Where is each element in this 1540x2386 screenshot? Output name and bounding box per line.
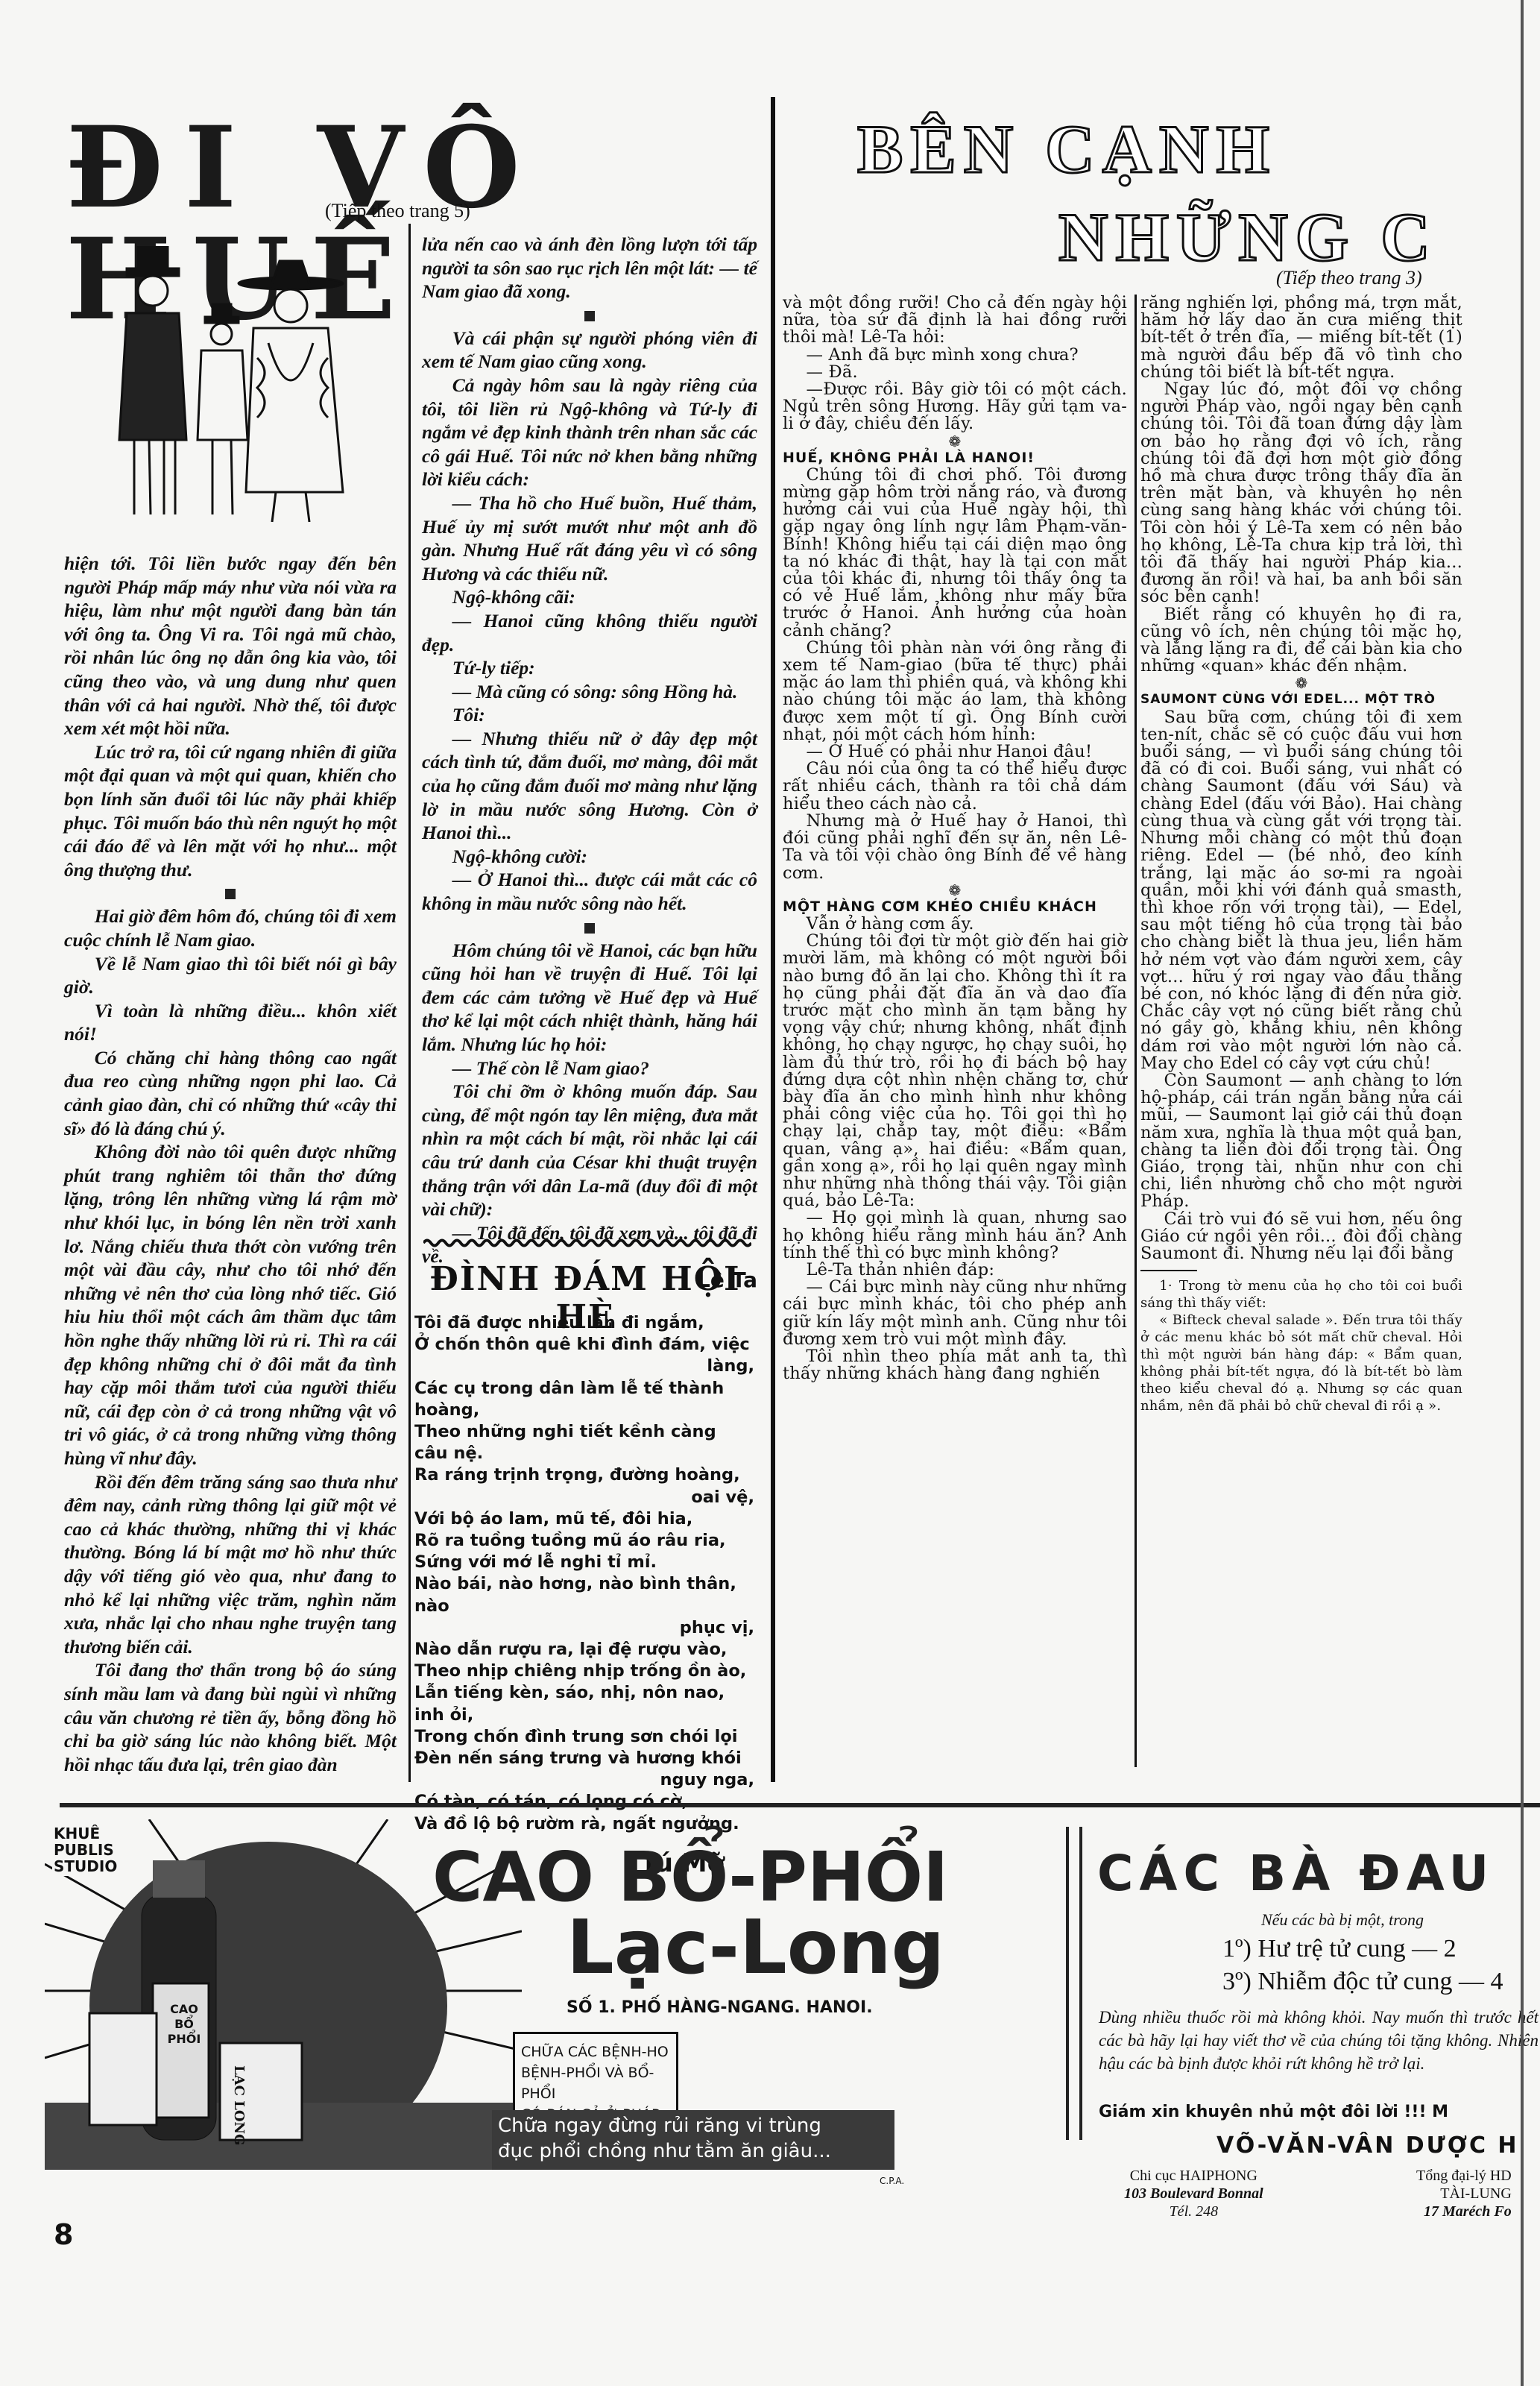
paragraph: Cái trò vui đó sẽ vui hơn, nếu ông Giáo …: [1140, 1211, 1462, 1263]
continued-note: (Tiếp theo trang 3): [1276, 267, 1422, 289]
paragraph: Rồi đến đêm trăng sáng sao thưa như đêm …: [64, 1470, 397, 1659]
paragraph: Tôi:: [422, 703, 757, 727]
paragraph: Và cái phận sự người phóng viên đi xem t…: [422, 327, 757, 374]
paragraph: Lúc trở ra, tôi cứ ngang nhiên đi giữa m…: [64, 740, 397, 882]
poem-line: oai vệ,: [414, 1487, 754, 1508]
poem-line: Nào bái, nào hơng, nào bình thân, nào: [414, 1573, 754, 1617]
column-divider: [408, 224, 411, 1782]
paragraph: Tôi đang thơ thẩn trong bộ áo súng sính …: [64, 1658, 397, 1776]
paragraph: và một đồng rưỡi! Cho cả đến ngày hội nữ…: [783, 295, 1127, 347]
paragraph: Tôi nhìn theo phía mắt anh ta, thì thấy …: [783, 1348, 1127, 1382]
poem-line: làng,: [414, 1356, 754, 1377]
paragraph: Còn Saumont — anh chàng to lớn hộ-pháp, …: [1140, 1072, 1462, 1211]
poem-line: nguy nga,: [414, 1769, 754, 1791]
paragraph: Chúng tôi đi chơi phố. Tôi đương mừng gặ…: [783, 467, 1127, 640]
poem-line: Trong chốn đình trung sơn chói lọi: [414, 1726, 754, 1748]
poem-line: Theo những nghi tiết kềnh càng câu nệ.: [414, 1421, 754, 1464]
paragraph: —Được rồi. Bây giờ tôi có một cách. Ngủ …: [783, 381, 1127, 433]
paragraph: Nhưng mà ở Huế hay ở Hanoi, thì đói cũng…: [783, 813, 1127, 882]
paragraph: — Ở Hanoi thì... được cái mắt các cô khô…: [422, 868, 757, 915]
page-number: 8: [54, 2218, 73, 2251]
paragraph: — Đã.: [783, 364, 1127, 381]
paragraph: — Ở Huế có phải như Hanoi đâu!: [783, 743, 1127, 761]
poem-line: phục vị,: [414, 1617, 754, 1639]
column-divider: [1135, 295, 1137, 1767]
paragraph: Hai giờ đêm hôm đó, chúng tôi đi xem cuộ…: [64, 904, 397, 951]
paragraph: Tôi chỉ ỡm ờ không muốn đáp. Sau cùng, đ…: [422, 1080, 757, 1221]
poem-line: Lẫn tiếng kèn, sáo, nhị, nôn nao, inh ỏi…: [414, 1682, 754, 1725]
section-separator: [422, 916, 757, 939]
paragraph: — Tha hồ cho Huế buồn, Huế thảm, Huế ủy …: [422, 491, 757, 585]
paragraph: — Mà cũng có sông: sông Hồng hà.: [422, 680, 757, 704]
branch-general-agent: Tổng đại-lý HD TÀI-LUNG 17 Maréch Fo: [1416, 2167, 1512, 2220]
poem-line: Ở chốn thôn quê khi đình đám, việc: [414, 1334, 754, 1356]
paragraph: Chúng tôi phàn nàn với ông rằng đi xem t…: [783, 640, 1127, 743]
article-right-column-1: và một đồng rưỡi! Cho cả đến ngày hội nữ…: [783, 295, 1127, 1382]
paragraph: Chúng tôi đợi từ một giờ đến hai giờ mườ…: [783, 933, 1127, 1209]
box-label: LẠC LONG: [231, 2065, 247, 2145]
ad-company: VÕ-VĂN-VÂN DƯỢC H: [1216, 2132, 1519, 2159]
poem-line: Ra ráng trịnh trọng, đường hoàng,: [414, 1464, 754, 1486]
ad-border: [1066, 1827, 1082, 2140]
poem-line: Các cụ trong dân làm lễ tế thành hoàng,: [414, 1378, 754, 1421]
footnote-rule: [1140, 1270, 1197, 1271]
paragraph: — Thế còn lễ Nam giao?: [422, 1057, 757, 1080]
ad-credit: C.P.A.: [880, 2176, 904, 2186]
ad-title: CÁC BÀ ĐAU: [1097, 1845, 1495, 1902]
article-title-line1: BÊN CẠNH: [857, 112, 1277, 186]
section-heading: SAUMONT CÙNG VỚI EDEL... MỘT TRÒ: [1140, 691, 1462, 708]
article-right-column-2: răng nghiến lợi, phồng má, trợn mắt, hăm…: [1140, 295, 1462, 1414]
column-divider: [771, 97, 775, 1782]
ad-brand-line2: Lạc-Long: [567, 1909, 944, 1986]
bottle-label: CAO BỔ PHỔI: [158, 2002, 210, 2047]
poem-line: Nào dẫn rượu ra, lại đệ rượu vào,: [414, 1639, 754, 1661]
ad-cao-bo-phoi-lac-long: KHUÊ PUBLIS STUDIO CAO BỔ PHỔI LẠC LONG …: [45, 1819, 902, 2170]
paragraph: Vẫn ở hàng cơm ấy.: [783, 916, 1127, 933]
paragraph: Ngộ-không cười:: [422, 845, 757, 869]
section-separator: [422, 303, 757, 327]
wavy-divider: [423, 1238, 751, 1248]
section-heading: HUẾ, KHÔNG PHẢI LÀ HANOI!: [783, 450, 1127, 467]
page-edge: [1521, 0, 1524, 2386]
paragraph: Hôm chúng tôi về Hanoi, các bạn hữu cũng…: [422, 939, 757, 1057]
ornament-icon: ❁: [783, 433, 1127, 450]
poem-line: Theo nhịp chiêng nhịp trống ồn ào,: [414, 1661, 754, 1682]
paragraph: Cả ngày hôm sau là ngày riêng của tôi, t…: [422, 374, 757, 491]
poem-body: Tôi đã được nhiều lần đi ngắm, Ở chốn th…: [414, 1312, 754, 1875]
paragraph: — Nhưng thiếu nữ ở đây đẹp một cách tình…: [422, 727, 757, 845]
ad-advice: Giám xin khuyên nhủ một đôi lời !!! M: [1099, 2103, 1448, 2121]
article-title-line2: NHỮNG C: [1058, 200, 1438, 274]
ad-cac-ba-dau: CÁC BÀ ĐAU Nếu các bà bị một, trong 1º) …: [1066, 1827, 1540, 2177]
footnote: 1· Trong tờ menu của họ cho tôi coi buổi…: [1140, 1277, 1462, 1312]
paragraph: Vì toàn là những điều... khôn xiết nói!: [64, 999, 397, 1046]
paragraph: lửa nến cao và ánh đèn lồng lượn tới tấp…: [422, 233, 757, 303]
section-heading: MỘT HÀNG CƠM KHÉO CHIỀU KHÁCH: [783, 898, 1127, 916]
paragraph: Có chăng chỉ hàng thông cao ngất đua reo…: [64, 1046, 397, 1140]
ad-brand-line1: CAO BỔ-PHỔI: [432, 1842, 948, 1913]
branch-haiphong: Chi cục HAIPHONG 103 Boulevard Bonnal Té…: [1124, 2167, 1263, 2220]
paragraph: răng nghiến lợi, phồng má, trợn mắt, hăm…: [1140, 295, 1462, 381]
ad-body: Dùng nhiều thuốc rồi mà không khỏi. Nay …: [1099, 2006, 1539, 2075]
poem-line: Rõ ra tuồng tuồng mũ áo râu ria,: [414, 1530, 754, 1552]
ad-subtitle: Nếu các bà bị một, trong: [1261, 1910, 1424, 1930]
poem-line: Với bộ áo lam, mũ tế, đôi hia,: [414, 1508, 754, 1530]
paragraph: — Hanoi cũng không thiếu người đẹp.: [422, 609, 757, 656]
paragraph: Về lễ Nam giao thì tôi biết nói gì bây g…: [64, 952, 397, 999]
paragraph: Lê-Ta thản nhiên đáp:: [783, 1262, 1127, 1279]
paragraph: Tứ-ly tiếp:: [422, 656, 757, 680]
ad-address: SỐ 1. PHỐ HÀNG-NGANG. HANOI.: [567, 1998, 873, 2017]
paragraph: Biết rằng có khuyên họ đi ra, cũng vô íc…: [1140, 606, 1462, 676]
paragraph: Không đời nào tôi quên được những phút t…: [64, 1140, 397, 1470]
poem-line: Tôi đã được nhiều lần đi ngắm,: [414, 1312, 754, 1334]
ad-slogan: Chữa ngay đừng rủi răng vi trùng đục phổ…: [492, 2110, 894, 2170]
poem-line: Đèn nến sáng trưng và hương khói: [414, 1748, 754, 1769]
ornament-icon: ❁: [783, 882, 1127, 898]
footnote: « Bifteck cheval salade ». Đến trưa tôi …: [1140, 1312, 1462, 1414]
section-separator: [64, 881, 397, 904]
three-men-in-hats-illustration: [104, 246, 350, 529]
article-column-2: lửa nến cao và ánh đèn lồng lượn tới tấp…: [422, 233, 757, 1292]
article-column-1: hiện tới. Tôi liền bước ngay đến bên ngư…: [64, 552, 397, 1776]
ornament-icon: ❁: [1140, 675, 1462, 691]
paragraph: — Cái bực mình này cũng như những cái bự…: [783, 1279, 1127, 1348]
ad-items: 1º) Hư trệ tử cung — 2 3º) Nhiễm độc tử …: [1222, 1933, 1503, 1998]
paragraph: — Họ gọi mình là quan, nhưng sao họ khôn…: [783, 1209, 1127, 1262]
ad-section-rule: [60, 1803, 1540, 1807]
paragraph: — Anh đã bực mình xong chưa?: [783, 347, 1127, 364]
studio-credit: KHUÊ PUBLIS STUDIO: [52, 1824, 119, 1876]
continued-note: (Tiếp theo trang 5): [325, 200, 470, 222]
poem-line: Sứng với mớ lễ nghi tỉ mỉ.: [414, 1552, 754, 1573]
paragraph: Ngay lúc đó, một đôi vợ chồng người Pháp…: [1140, 381, 1462, 606]
paragraph: Sau bữa cơm, chúng tôi đi xem ten-nít, c…: [1140, 709, 1462, 1072]
paragraph: hiện tới. Tôi liền bước ngay đến bên ngư…: [64, 552, 397, 740]
paragraph: Ngộ-không cãi:: [422, 585, 757, 609]
paragraph: Câu nói của ông ta có thể hiểu được rất …: [783, 761, 1127, 813]
